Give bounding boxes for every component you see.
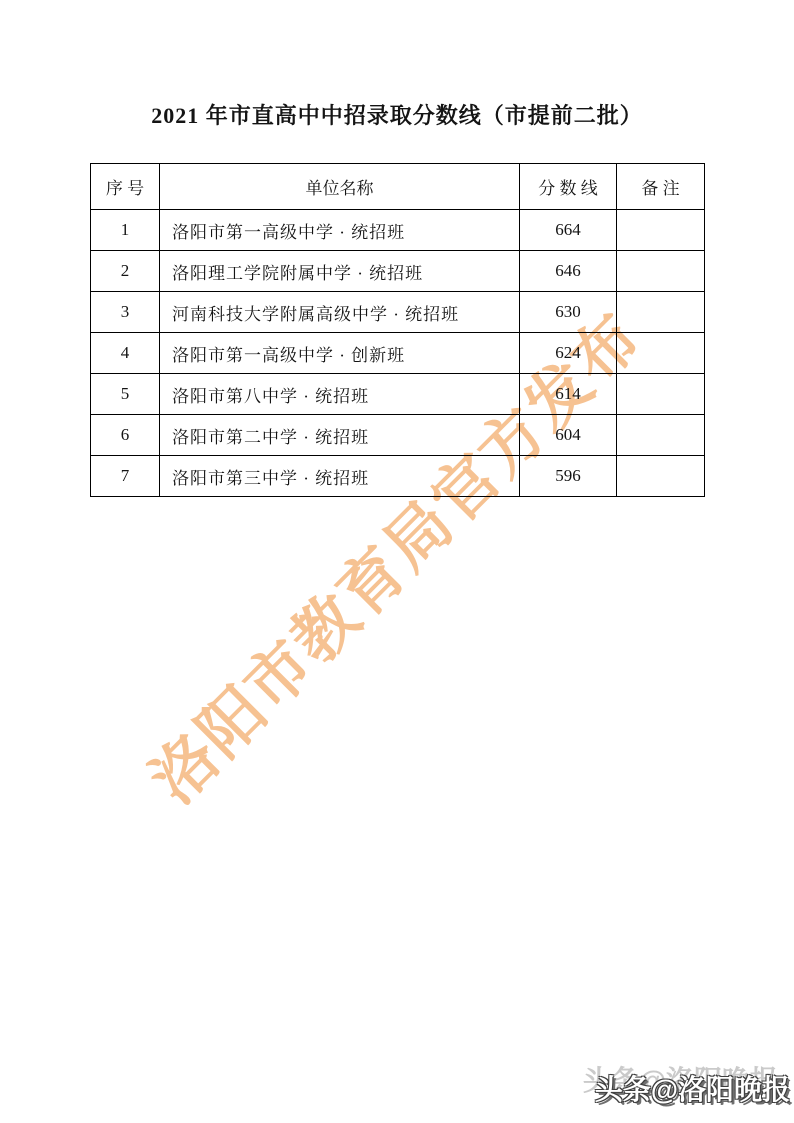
cell-note [617, 251, 705, 292]
table-row: 4 洛阳市第一高级中学 · 创新班 624 [91, 333, 705, 374]
page-title: 2021 年市直高中中招录取分数线（市提前二批） [0, 99, 794, 130]
cell-name: 河南科技大学附属高级中学 · 统招班 [160, 292, 520, 333]
cell-seq: 6 [91, 415, 160, 456]
cell-seq: 1 [91, 210, 160, 251]
cell-score: 604 [520, 415, 617, 456]
cell-score: 624 [520, 333, 617, 374]
table-row: 3 河南科技大学附属高级中学 · 统招班 630 [91, 292, 705, 333]
cell-name: 洛阳市第八中学 · 统招班 [160, 374, 520, 415]
cell-seq: 4 [91, 333, 160, 374]
cell-name: 洛阳市第一高级中学 · 创新班 [160, 333, 520, 374]
cell-score: 614 [520, 374, 617, 415]
news-stamp-watermark: 头条@洛阳晚报 头条@洛阳晚报 [595, 1068, 790, 1108]
table-header-row: 序 号 单位名称 分 数 线 备 注 [91, 164, 705, 210]
cell-note [617, 210, 705, 251]
header-name: 单位名称 [160, 164, 520, 210]
cell-seq: 5 [91, 374, 160, 415]
cell-name: 洛阳市第一高级中学 · 统招班 [160, 210, 520, 251]
cell-note [617, 456, 705, 497]
cell-note [617, 333, 705, 374]
cell-note [617, 374, 705, 415]
cell-score: 630 [520, 292, 617, 333]
cell-score: 646 [520, 251, 617, 292]
table-row: 1 洛阳市第一高级中学 · 统招班 664 [91, 210, 705, 251]
cell-seq: 3 [91, 292, 160, 333]
cell-seq: 7 [91, 456, 160, 497]
cell-name: 洛阳理工学院附属中学 · 统招班 [160, 251, 520, 292]
cell-score: 596 [520, 456, 617, 497]
cell-name: 洛阳市第三中学 · 统招班 [160, 456, 520, 497]
cell-name: 洛阳市第二中学 · 统招班 [160, 415, 520, 456]
table-row: 2 洛阳理工学院附属中学 · 统招班 646 [91, 251, 705, 292]
table-row: 7 洛阳市第三中学 · 统招班 596 [91, 456, 705, 497]
cell-seq: 2 [91, 251, 160, 292]
table-row: 6 洛阳市第二中学 · 统招班 604 [91, 415, 705, 456]
score-table: 序 号 单位名称 分 数 线 备 注 1 洛阳市第一高级中学 · 统招班 664… [90, 163, 705, 497]
header-seq: 序 号 [91, 164, 160, 210]
header-note: 备 注 [617, 164, 705, 210]
document-page: 洛阳市教育局官方发布 2021 年市直高中中招录取分数线（市提前二批） 序 号 … [0, 0, 794, 1123]
cell-score: 664 [520, 210, 617, 251]
cell-note [617, 415, 705, 456]
table-row: 5 洛阳市第八中学 · 统招班 614 [91, 374, 705, 415]
header-score: 分 数 线 [520, 164, 617, 210]
cell-note [617, 292, 705, 333]
news-stamp-main-text: 头条@洛阳晚报 [595, 1074, 790, 1105]
